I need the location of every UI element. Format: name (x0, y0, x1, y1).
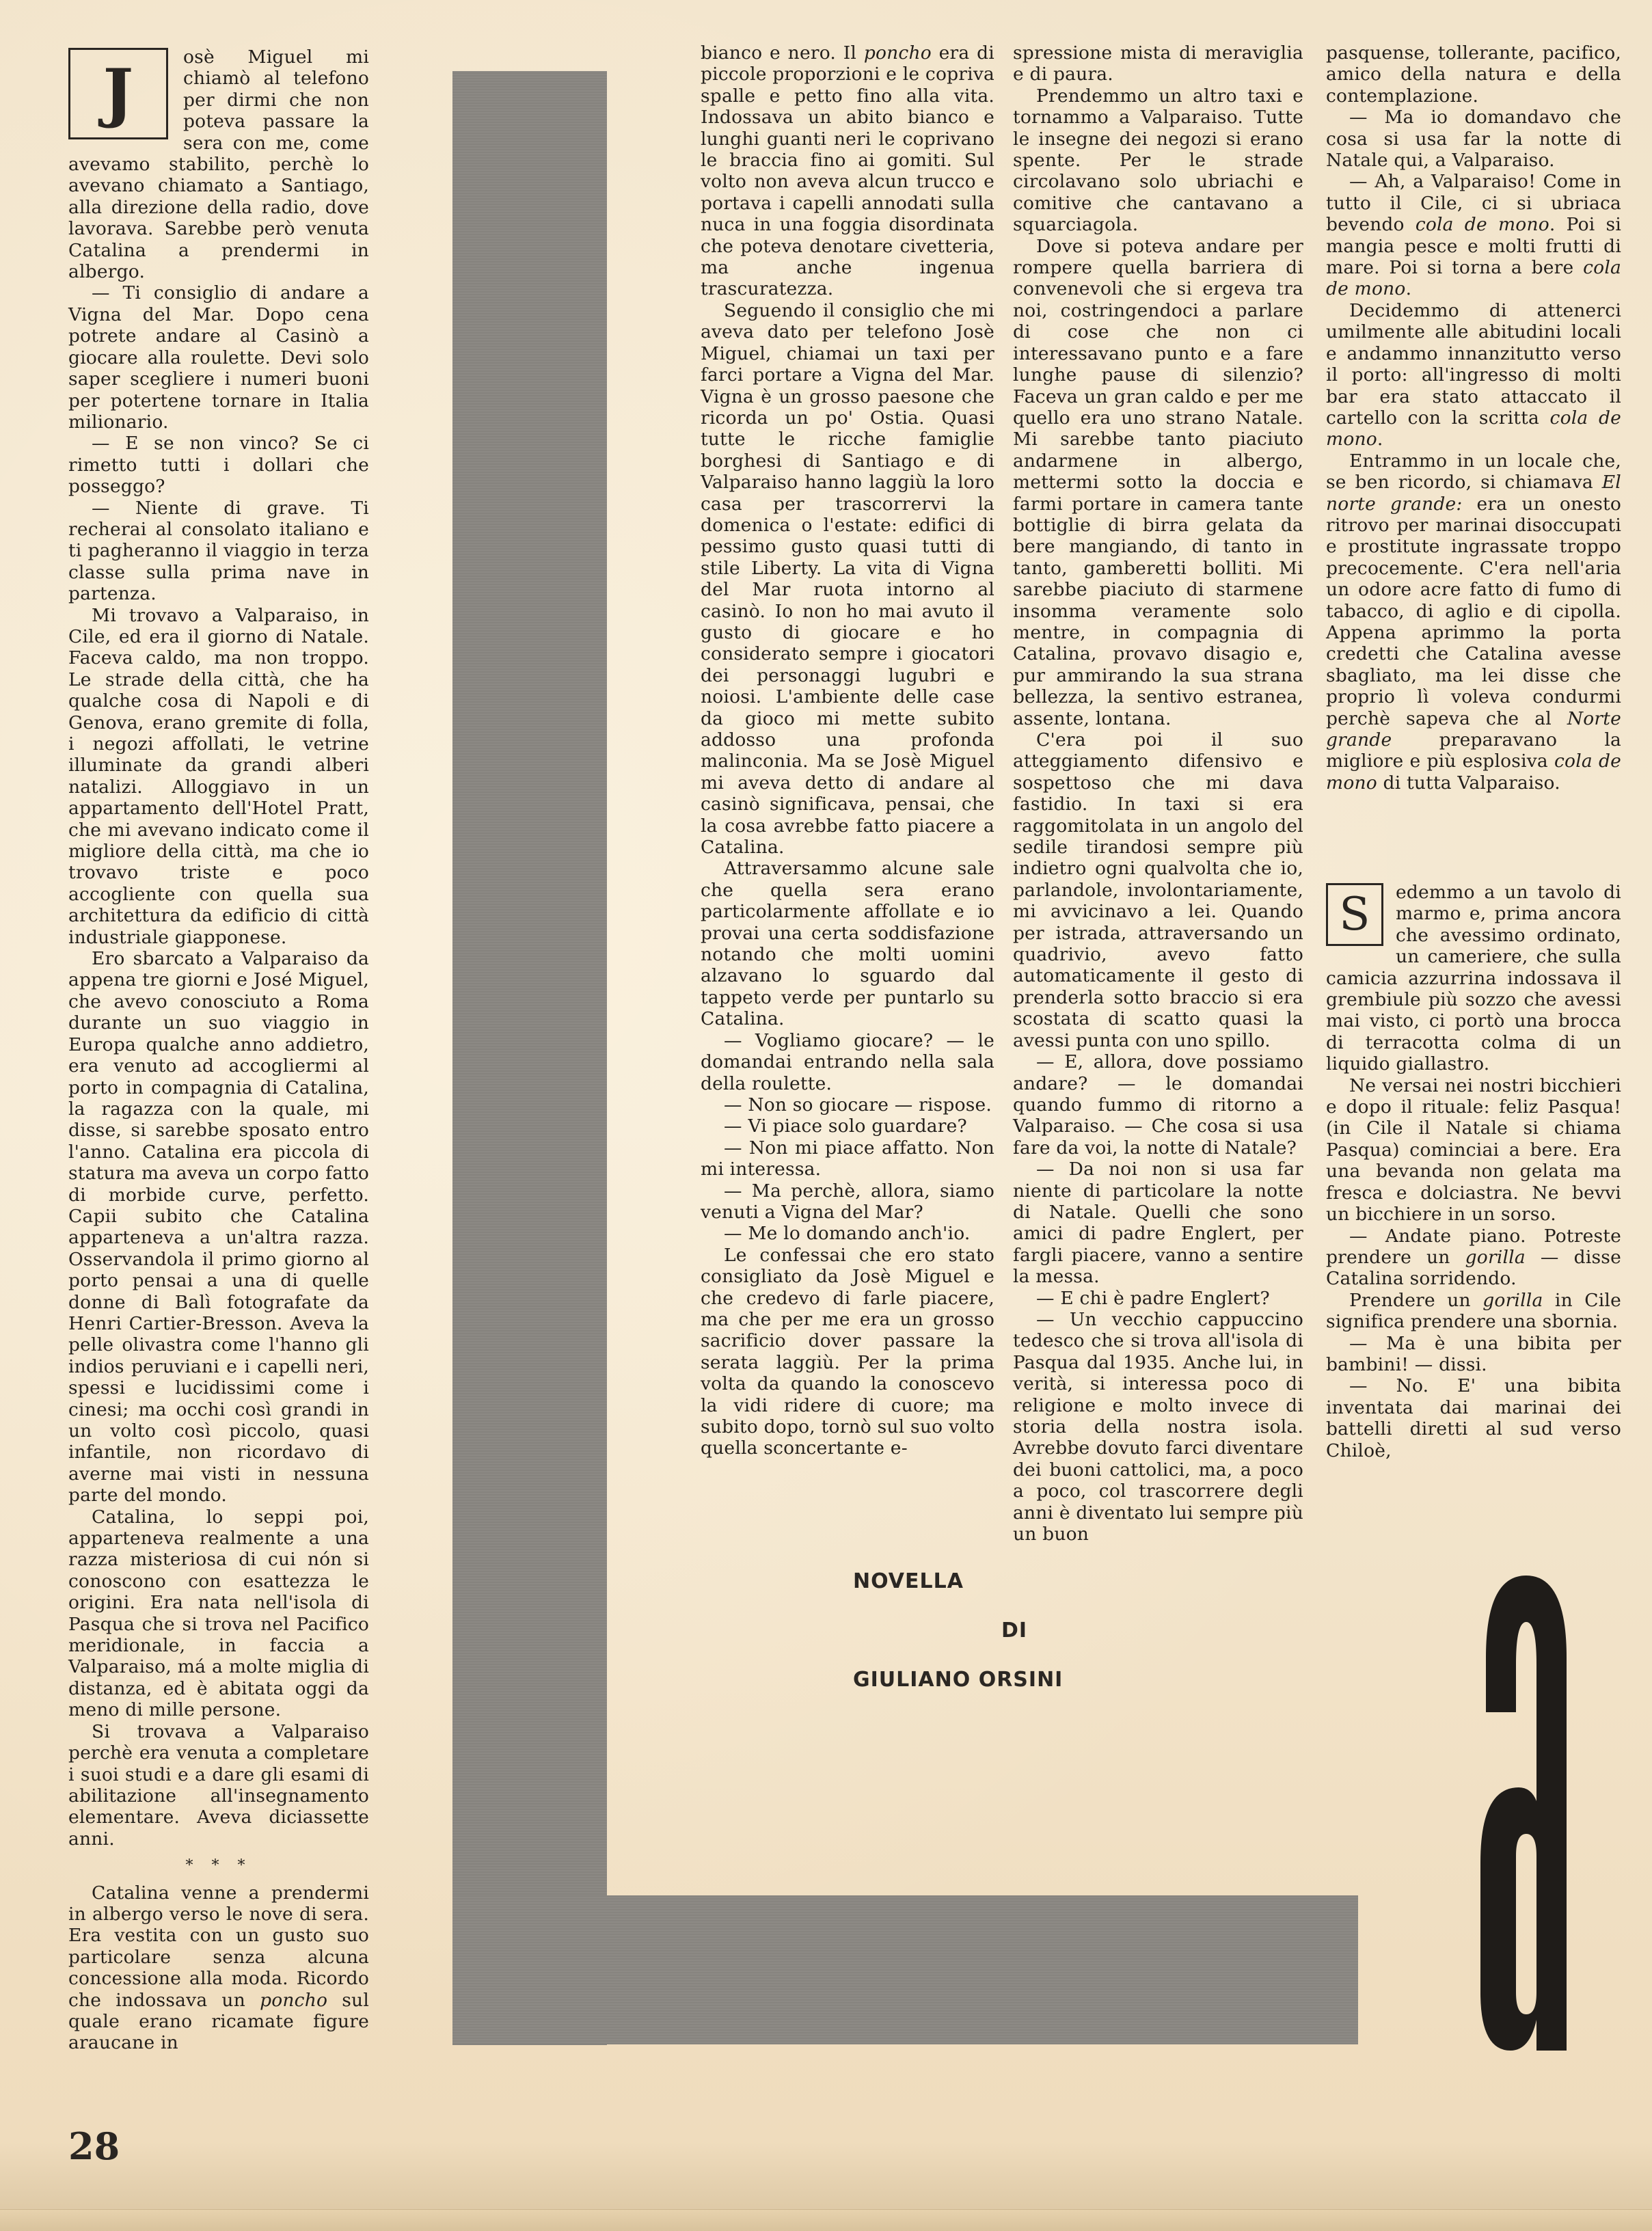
paragraph: bianco e nero. Il poncho era di piccole … (701, 42, 994, 300)
paragraph: — E chi è padre Englert? (1013, 1288, 1303, 1309)
paragraph: Entrammo in un locale che, se ben ricord… (1326, 450, 1621, 794)
paragraph: — No. E' una bibita inventata dai marina… (1326, 1375, 1621, 1461)
article-column-2: bianco e nero. Il poncho era di piccole … (701, 42, 994, 1459)
paragraph: Catalina, lo seppi poi, apparteneva real… (68, 1506, 369, 1721)
drop-cap-S: S (1326, 883, 1383, 946)
paragraph: Le confessai che ero stato consigliato d… (701, 1245, 994, 1459)
article-column-3: spressione mista di meraviglia e di paur… (1013, 42, 1303, 1545)
title-letter-L-vertical (452, 71, 607, 2045)
drop-cap-J: J (68, 48, 168, 139)
paragraph: Catalina venne a prendermi in albergo ve… (68, 1882, 369, 2054)
paragraph: — Un vecchio cappuccino tedesco che si t… (1013, 1309, 1303, 1545)
col1-after-separator: Catalina venne a prendermi in albergo ve… (68, 1882, 369, 2054)
paragraph: Mi trovavo a Valparaiso, in Cile, ed era… (68, 605, 369, 949)
paragraph: pasquense, tollerante, pacifico, amico d… (1326, 42, 1621, 107)
paragraph: — Niente di grave. Ti recherai al consol… (68, 498, 369, 605)
article-column-4-top: pasquense, tollerante, pacifico, amico d… (1326, 42, 1621, 794)
page-number: 28 (68, 2124, 120, 2168)
paragraph: — Vogliamo giocare? — le domandai entran… (701, 1030, 994, 1094)
paragraph: — Ma è una bibita per bambini! — dissi. (1326, 1333, 1621, 1376)
col3-paragraphs: spressione mista di meraviglia e di paur… (1013, 42, 1303, 1545)
col1-paragraphs: osè Miguel mi chiamò al telefono per dir… (68, 46, 369, 1850)
title-letter-a (1480, 1576, 1572, 2051)
article-column-1: J osè Miguel mi chiamò al telefono per d… (68, 46, 369, 2054)
title-letter-L-foot (452, 1895, 1358, 2044)
section-separator: * * * (68, 1855, 369, 1876)
paragraph: — Me lo domando anch'io. (701, 1223, 994, 1244)
paragraph: Prendere un gorilla in Cile significa pr… (1326, 1290, 1621, 1333)
paragraph: Ne versai nei nostri bicchieri e dopo il… (1326, 1075, 1621, 1226)
paragraph: Si trovava a Valparaiso perchè era venut… (68, 1721, 369, 1850)
paragraph: — Non mi piace affatto. Non mi interessa… (701, 1137, 994, 1180)
byline-genre: NOVELLA (853, 1569, 964, 1593)
paragraph: — E, allora, dove possiamo andare? — le … (1013, 1051, 1303, 1159)
paragraph: — Ma io domandavo che cosa si usa far la… (1326, 107, 1621, 171)
paragraph: spressione mista di meraviglia e di paur… (1013, 42, 1303, 85)
paragraph: — E se non vinco? Se ci rimetto tutti i … (68, 433, 369, 497)
col4-paragraphs-bottom: edemmo a un tavolo di marmo e, prima anc… (1326, 882, 1621, 1461)
paragraph: Ero sbarcato a Valparaiso da appena tre … (68, 948, 369, 1506)
paragraph: Decidemmo di attenerci umilmente alle ab… (1326, 300, 1621, 450)
paragraph: — Andate piano. Potreste prendere un gor… (1326, 1226, 1621, 1290)
paragraph: Attraversammo alcune sale che quella ser… (701, 858, 994, 1029)
paragraph: — Ti consiglio di andare a Vigna del Mar… (68, 282, 369, 433)
col4-paragraphs-top: pasquense, tollerante, pacifico, amico d… (1326, 42, 1621, 794)
byline-author: GIULIANO ORSINI (853, 1668, 1063, 1692)
article-column-4-bottom: S edemmo a un tavolo di marmo e, prima a… (1326, 882, 1621, 1461)
paragraph: Dove si poteva andare per rompere quella… (1013, 236, 1303, 729)
paragraph: C'era poi il suo atteggiamento difensivo… (1013, 729, 1303, 1051)
byline-by: DI (1001, 1619, 1027, 1642)
page-bottom-edge (0, 2209, 1652, 2231)
paragraph: Seguendo il consiglio che mi aveva dato … (701, 300, 994, 858)
paragraph: — Vi piace solo guardare? (701, 1115, 994, 1137)
col2-paragraphs: bianco e nero. Il poncho era di piccole … (701, 42, 994, 1459)
paragraph: — Non so giocare — rispose. (701, 1094, 994, 1115)
paragraph: Prendemmo un altro taxi e tornammo a Val… (1013, 85, 1303, 236)
paragraph: — Ah, a Valparaiso! Come in tutto il Cil… (1326, 171, 1621, 299)
paragraph: — Da noi non si usa far niente di partic… (1013, 1159, 1303, 1287)
paragraph: — Ma perchè, allora, siamo venuti a Vign… (701, 1180, 994, 1223)
